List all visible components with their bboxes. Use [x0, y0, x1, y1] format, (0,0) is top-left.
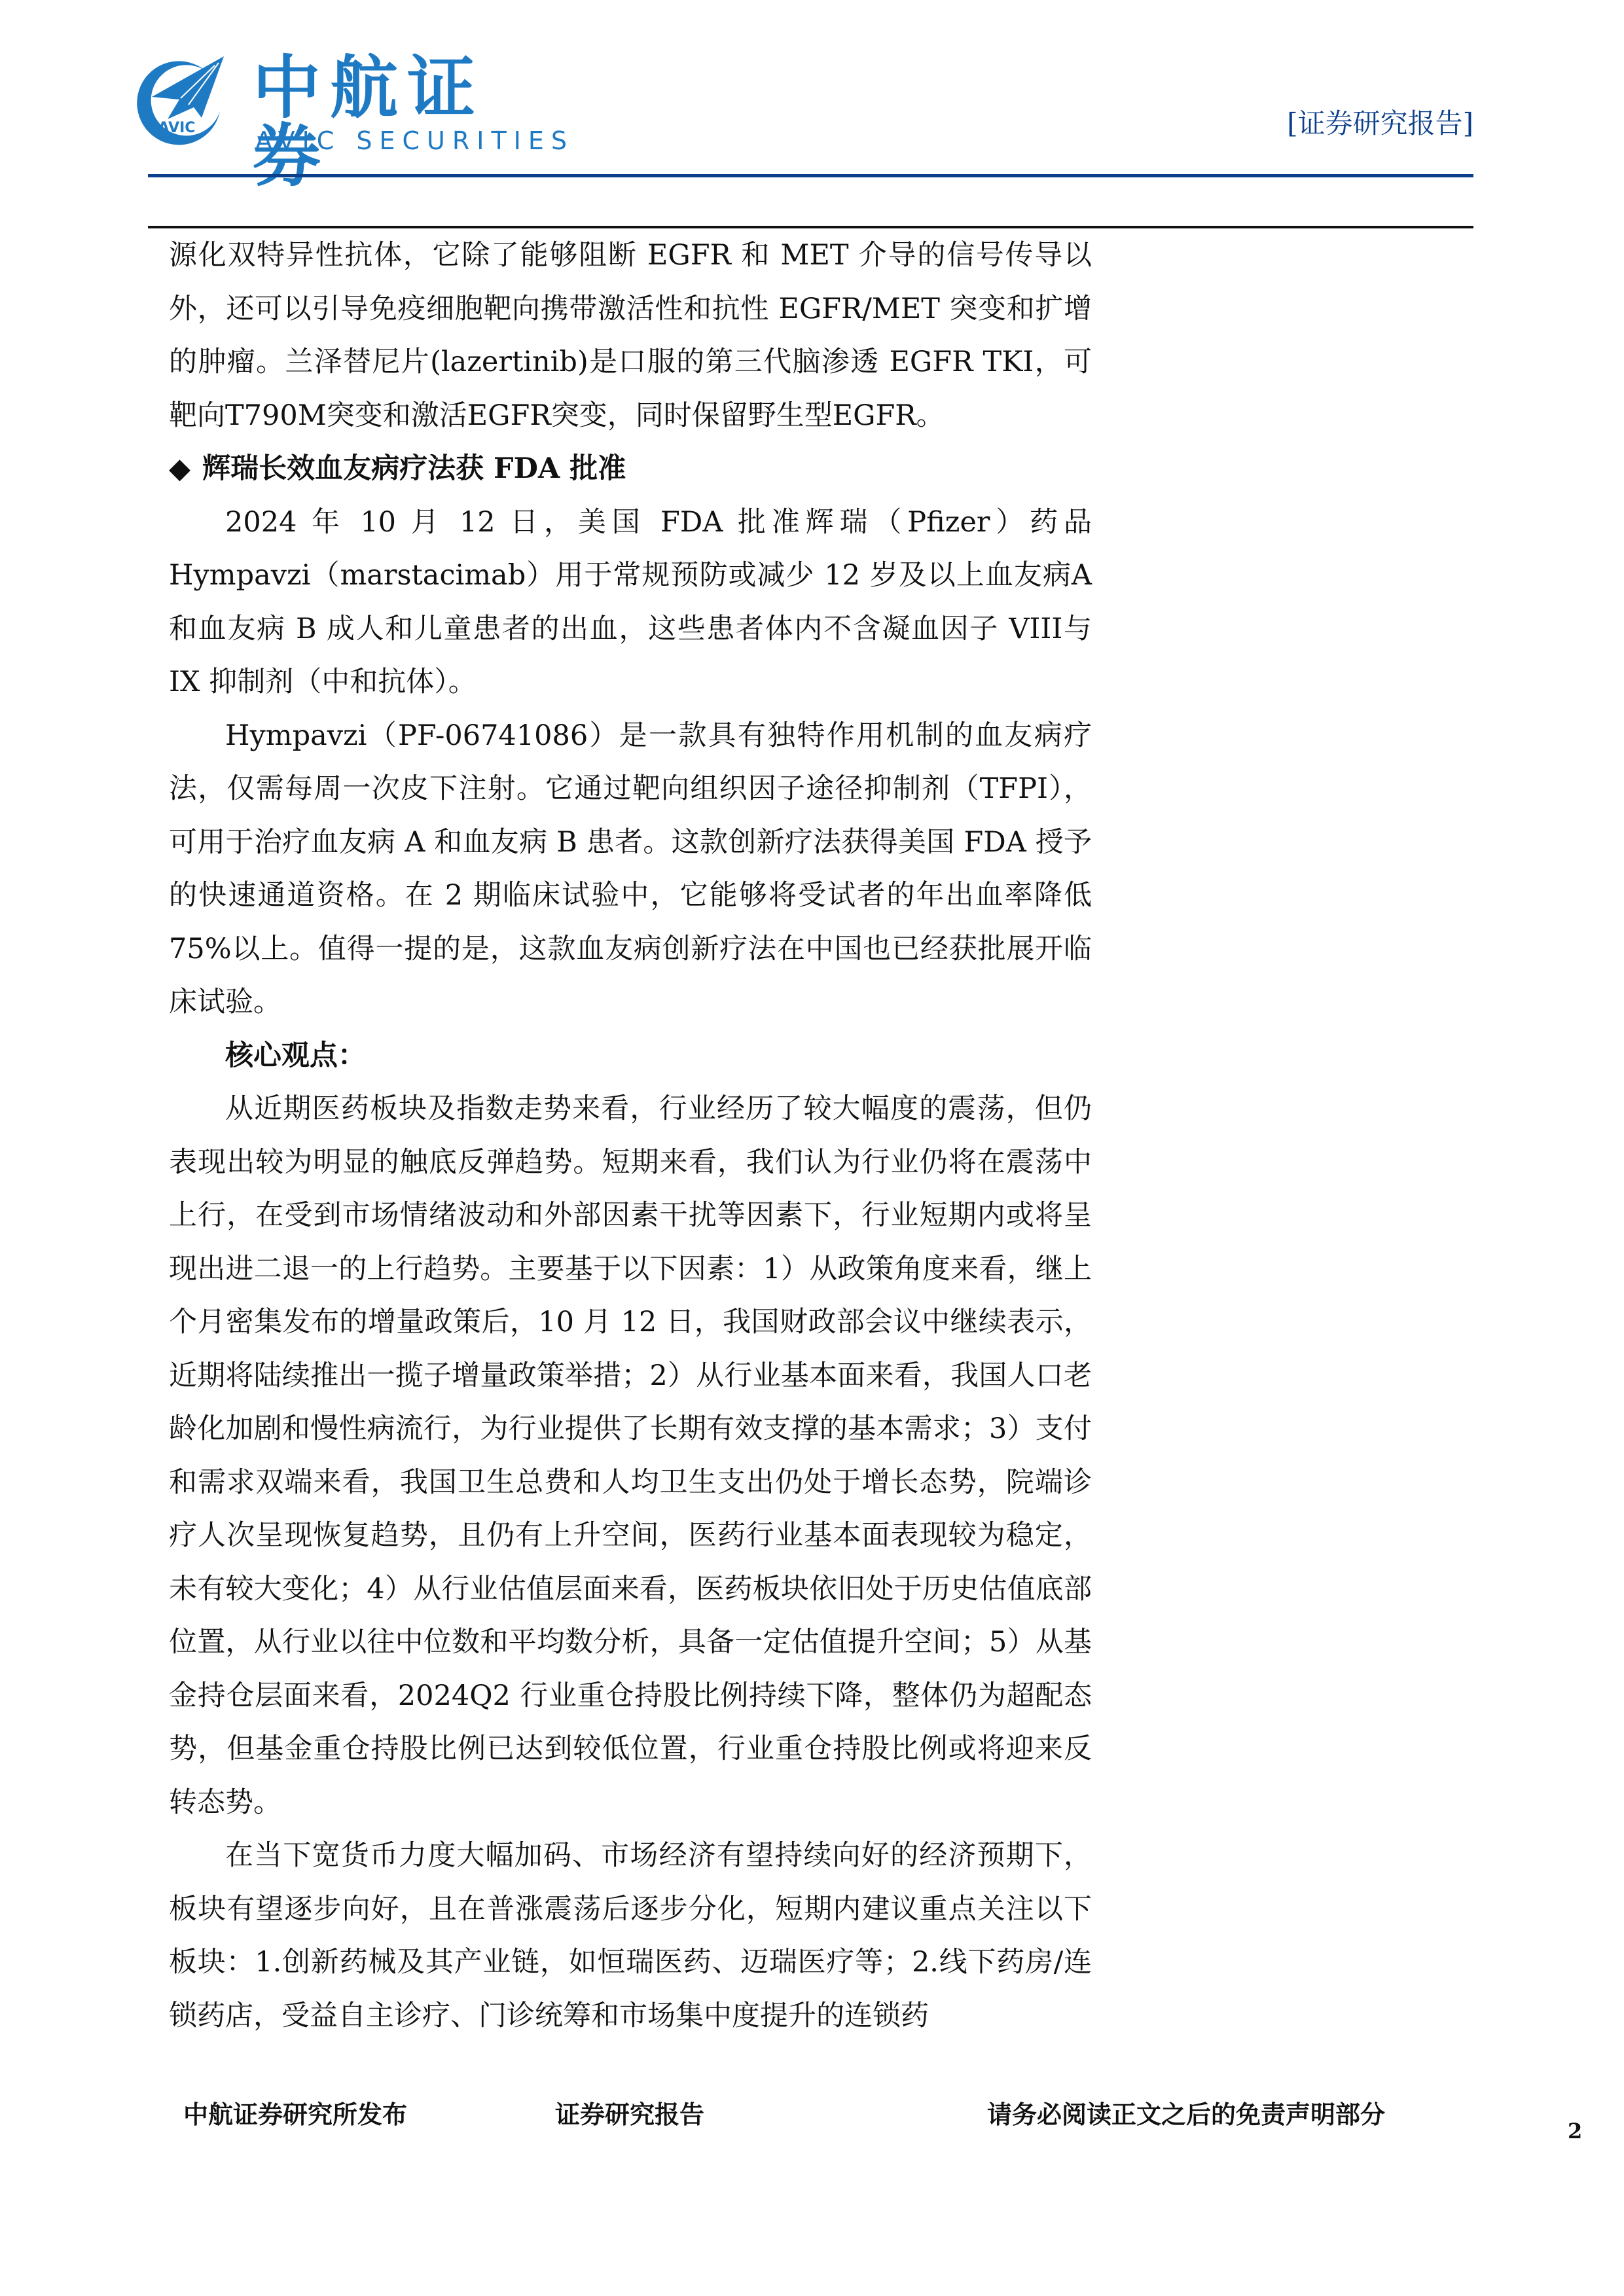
svg-text:AVIC: AVIC	[158, 120, 196, 136]
header-divider-black	[148, 226, 1473, 228]
report-body: 源化双特异性抗体，它除了能够阻断 EGFR 和 MET 介导的信号传导以外，还可…	[169, 229, 1092, 2043]
logo-name-en: AVIC SECURITIES	[255, 128, 574, 153]
diamond-bullet-icon: ◆	[169, 442, 190, 496]
section-heading-text: 辉瑞长效血友病疗法获 FDA 批准	[202, 452, 626, 485]
logo-name-cn: 中航证券	[253, 54, 560, 190]
company-logo: AVIC 中航证券 AVIC SECURITIES	[128, 51, 560, 156]
paragraph-hympavzi-mechanism: Hympavzi（PF-06741086）是一款具有独特作用机制的血友病疗法，仅…	[169, 709, 1092, 1030]
footer-report-label: 证券研究报告	[555, 2102, 704, 2127]
paragraph-fda-approval: 2024 年 10 月 12 日，美国 FDA 批准辉瑞（Pfizer）药品Hy…	[169, 496, 1092, 709]
paragraph-sector-recommendation: 在当下宽货币力度大幅加码、市场经济有望持续向好的经济预期下，板块有望逐步向好，且…	[169, 1829, 1092, 2043]
footer-publisher: 中航证券研究所发布	[183, 2102, 407, 2127]
page-number: 2	[1568, 2121, 1582, 2142]
report-type-tag: [证券研究报告]	[1287, 110, 1473, 137]
avic-emblem-icon: AVIC	[128, 51, 226, 149]
footer-disclaimer-note: 请务必阅读正文之后的免责声明部分	[987, 2102, 1385, 2127]
paragraph-continuation: 源化双特异性抗体，它除了能够阻断 EGFR 和 MET 介导的信号传导以外，还可…	[169, 229, 1092, 442]
paragraph-core-view-analysis: 从近期医药板块及指数走势来看，行业经历了较大幅度的震荡，但仍表现出较为明显的触底…	[169, 1083, 1092, 1829]
section-heading-pfizer-hemophilia: ◆辉瑞长效血友病疗法获 FDA 批准	[169, 442, 1092, 496]
core-view-heading: 核心观点：	[169, 1030, 1092, 1083]
header-divider-blue	[148, 174, 1473, 177]
